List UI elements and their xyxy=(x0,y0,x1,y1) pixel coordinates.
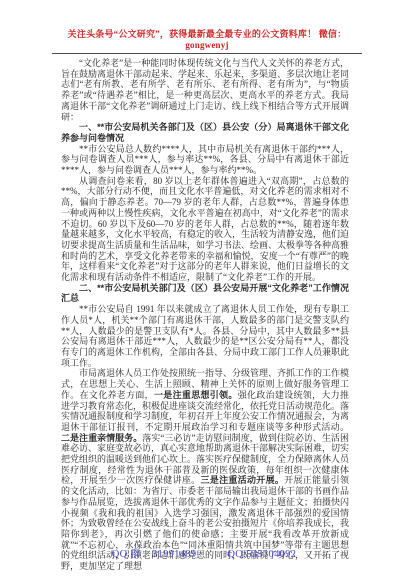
section-2-paragraph-staffing: **市公安局自 1991 年以来就成立了离退休人员工作处，现有专职工作人员*人，… xyxy=(61,304,349,368)
intro-paragraph: “文化养老”是一种能同时体现传统文化与当代人文关怀的养老方式，旨在鼓励离退休干部… xyxy=(61,58,349,122)
text-segment-bold-measure-1: 一是注重思想引领。 xyxy=(154,390,238,400)
text-segment-bold-measure-3: 三是注重活动开展。 xyxy=(200,475,284,485)
section-1-paragraph-survey-numbers: **市公安局总人数约****人，其中市局机关有离退休干部约***人，参与问卷调查… xyxy=(61,144,349,176)
header-banner: 关注头条号“公文研究”，获得最新最全最专业的公文资料库！ 微信：gongweny… xyxy=(52,27,362,54)
section-2-heading: 二、**市公安局机关部门及（区）县公安局开展“文化养老”工作情况汇总 xyxy=(61,283,349,304)
footer-contact: QQ 群：31991489 QQ:535304092 xyxy=(0,546,408,561)
section-1-paragraph-age-groups: 从调查问卷来看，80 岁以上老年群体普遍进入“双高期”，占总数的**%，大部分行… xyxy=(61,176,349,283)
qq-group-number: QQ 群：31991489 xyxy=(112,546,197,561)
document-page: 关注头条号“公文研究”，获得最新最全最专业的公文资料库！ 微信：gongweny… xyxy=(0,0,408,580)
document-body: “文化养老”是一种能同时体现传统文化与当代人文关怀的养老方式，旨在鼓励离退休干部… xyxy=(61,58,349,572)
section-1-heading: 一、**市公安局机关各部门及（区）县公安（分）局离退休干部文化养参与问卷情况 xyxy=(61,122,349,143)
text-segment-bold-measure-2: 二是注重亲情服务。 xyxy=(61,433,142,443)
section-2-paragraph-work-measures: 市局离退休人员工作处按照统一指导、分级管理、齐抓工作的工作模式，在思想上关心、生… xyxy=(61,368,349,571)
qq-number: QQ:535304092 xyxy=(227,549,296,560)
